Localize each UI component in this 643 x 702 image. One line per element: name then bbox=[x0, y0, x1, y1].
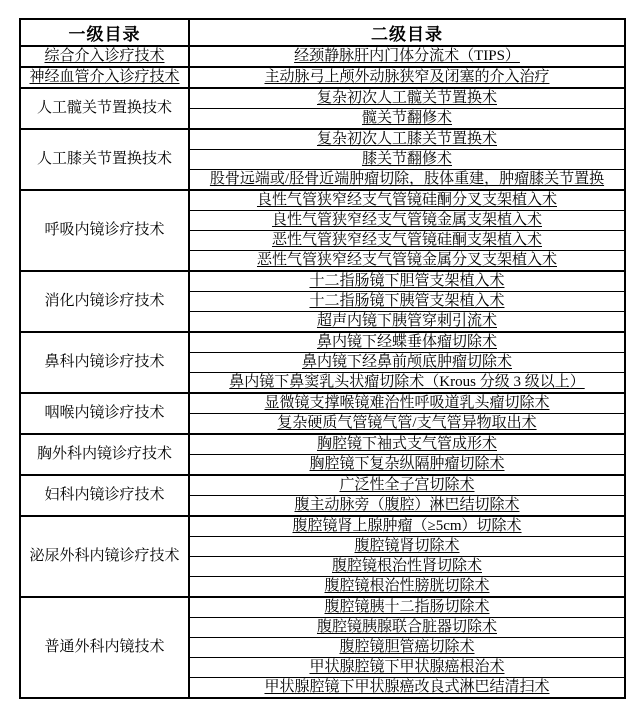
level1-label: 胸外科内镜诊疗技术 bbox=[37, 446, 172, 462]
level2-label: 鼻内镜下经鼻前颅底肿瘤切除术 bbox=[302, 354, 512, 370]
level2-label: 十二指肠镜下胆管支架植入术 bbox=[309, 273, 504, 289]
level2-cell: 腹腔镜根治性膀胱切除术 bbox=[189, 577, 625, 598]
level2-label: 腹腔镜肾切除术 bbox=[354, 538, 459, 554]
level2-label: 恶性气管狭窄经支气管镜金属分叉支架植入术 bbox=[257, 252, 557, 268]
level2-label: 腹主动脉旁（腹腔）淋巴结切除术 bbox=[294, 497, 519, 513]
level2-label: 经颈静脉肝内门体分流术（TIPS） bbox=[294, 48, 520, 64]
level1-label: 呼吸内镜诊疗技术 bbox=[44, 222, 164, 238]
level2-label: 腹腔镜胰十二指肠切除术 bbox=[324, 599, 489, 615]
table-row: 神经血管介入诊疗技术主动脉弓上颅外动脉狭窄及闭塞的介入治疗 bbox=[20, 67, 625, 88]
level2-cell: 良性气管狭窄经支气管镜金属支架植入术 bbox=[189, 211, 625, 231]
level2-label: 主动脉弓上颅外动脉狭窄及闭塞的介入治疗 bbox=[264, 69, 549, 85]
table-row: 普通外科内镜技术腹腔镜胰十二指肠切除术 bbox=[20, 597, 625, 618]
level2-cell: 鼻内镜下鼻窦乳头状瘤切除术（Krous 分级 3 级以上） bbox=[189, 373, 625, 394]
level2-label: 腹腔镜胆管癌切除术 bbox=[339, 639, 474, 655]
level2-label: 十二指肠镜下胰管支架植入术 bbox=[309, 293, 504, 309]
table-body: 综合介入诊疗技术经颈静脉肝内门体分流术（TIPS）神经血管介入诊疗技术主动脉弓上… bbox=[20, 46, 625, 698]
level2-cell: 腹主动脉旁（腹腔）淋巴结切除术 bbox=[189, 496, 625, 517]
level2-label: 腹腔镜根治性肾切除术 bbox=[332, 558, 482, 574]
level2-label: 腹腔镜根治性膀胱切除术 bbox=[324, 578, 489, 594]
level2-label: 复杂初次人工髋关节置换术 bbox=[317, 90, 497, 106]
column-header-level1: 一级目录 bbox=[20, 19, 189, 46]
level2-label: 广泛性全子宫切除术 bbox=[339, 477, 474, 493]
level2-label: 胸腔镜下复杂纵隔肿瘤切除术 bbox=[309, 456, 504, 472]
level2-label: 甲状腺腔镜下甲状腺癌根治术 bbox=[309, 659, 504, 675]
level1-cell: 综合介入诊疗技术 bbox=[20, 46, 189, 67]
level1-cell: 人工膝关节置换技术 bbox=[20, 129, 189, 190]
level2-cell: 复杂初次人工髋关节置换术 bbox=[189, 88, 625, 109]
level2-cell: 恶性气管狭窄经支气管镜硅酮支架植入术 bbox=[189, 231, 625, 251]
table-row: 呼吸内镜诊疗技术良性气管狭窄经支气管镜硅酮分叉支架植入术 bbox=[20, 190, 625, 211]
level2-cell: 腹腔镜胰十二指肠切除术 bbox=[189, 597, 625, 618]
table-header: 一级目录 二级目录 bbox=[20, 19, 625, 46]
level2-label: 腹腔镜肾上腺肿瘤（≥5cm）切除术 bbox=[292, 518, 521, 534]
level2-label: 股骨远端或/胫骨近端肿瘤切除，肢体重建，肿瘤膝关节置换 bbox=[210, 171, 604, 187]
table-row: 人工膝关节置换技术复杂初次人工膝关节置换术 bbox=[20, 129, 625, 150]
level1-cell: 妇科内镜诊疗技术 bbox=[20, 475, 189, 516]
level1-label: 人工髋关节置换技术 bbox=[37, 100, 172, 116]
table-row: 泌尿外科内镜诊疗技术腹腔镜肾上腺肿瘤（≥5cm）切除术 bbox=[20, 516, 625, 537]
level2-label: 髋关节翻修术 bbox=[362, 110, 452, 126]
level2-cell: 十二指肠镜下胆管支架植入术 bbox=[189, 271, 625, 292]
table-row: 消化内镜诊疗技术十二指肠镜下胆管支架植入术 bbox=[20, 271, 625, 292]
level2-cell: 腹腔镜胰腺联合脏器切除术 bbox=[189, 618, 625, 638]
level1-cell: 普通外科内镜技术 bbox=[20, 597, 189, 698]
level1-cell: 胸外科内镜诊疗技术 bbox=[20, 434, 189, 475]
level2-label: 良性气管狭窄经支气管镜硅酮分叉支架植入术 bbox=[257, 192, 557, 208]
level1-cell: 消化内镜诊疗技术 bbox=[20, 271, 189, 332]
level1-cell: 鼻科内镜诊疗技术 bbox=[20, 332, 189, 393]
level1-cell: 人工髋关节置换技术 bbox=[20, 88, 189, 129]
level1-label: 鼻科内镜诊疗技术 bbox=[44, 354, 164, 370]
level2-cell: 甲状腺腔镜下甲状腺癌根治术 bbox=[189, 658, 625, 678]
level2-label: 鼻内镜下经蝶垂体瘤切除术 bbox=[317, 334, 497, 350]
level2-cell: 甲状腺腔镜下甲状腺癌改良式淋巴结清扫术 bbox=[189, 678, 625, 699]
level1-label: 咽喉内镜诊疗技术 bbox=[44, 405, 164, 421]
level1-cell: 咽喉内镜诊疗技术 bbox=[20, 393, 189, 434]
level2-label: 复杂硬质气管镜气管/支气管异物取出术 bbox=[277, 415, 536, 431]
level2-cell: 膝关节翻修术 bbox=[189, 150, 625, 170]
level2-label: 鼻内镜下鼻窦乳头状瘤切除术（Krous 分级 3 级以上） bbox=[229, 374, 584, 390]
level1-label: 神经血管介入诊疗技术 bbox=[29, 69, 179, 85]
level2-cell: 腹腔镜胆管癌切除术 bbox=[189, 638, 625, 658]
level1-cell: 呼吸内镜诊疗技术 bbox=[20, 190, 189, 271]
level1-cell: 泌尿外科内镜诊疗技术 bbox=[20, 516, 189, 597]
level1-label: 综合介入诊疗技术 bbox=[44, 48, 164, 64]
level1-label: 泌尿外科内镜诊疗技术 bbox=[29, 548, 179, 564]
level2-label: 超声内镜下胰管穿刺引流术 bbox=[317, 313, 497, 329]
level2-label: 膝关节翻修术 bbox=[362, 151, 452, 167]
level2-cell: 胸腔镜下复杂纵隔肿瘤切除术 bbox=[189, 455, 625, 476]
level2-cell: 腹腔镜肾切除术 bbox=[189, 537, 625, 557]
table-row: 妇科内镜诊疗技术广泛性全子宫切除术 bbox=[20, 475, 625, 496]
level2-cell: 广泛性全子宫切除术 bbox=[189, 475, 625, 496]
table-row: 胸外科内镜诊疗技术胸腔镜下袖式支气管成形术 bbox=[20, 434, 625, 455]
table-row: 人工髋关节置换技术复杂初次人工髋关节置换术 bbox=[20, 88, 625, 109]
level2-cell: 腹腔镜肾上腺肿瘤（≥5cm）切除术 bbox=[189, 516, 625, 537]
level2-cell: 主动脉弓上颅外动脉狭窄及闭塞的介入治疗 bbox=[189, 67, 625, 88]
catalog-table: 一级目录 二级目录 综合介入诊疗技术经颈静脉肝内门体分流术（TIPS）神经血管介… bbox=[19, 18, 626, 699]
header-row: 一级目录 二级目录 bbox=[20, 19, 625, 46]
level2-cell: 复杂初次人工膝关节置换术 bbox=[189, 129, 625, 150]
level2-cell: 鼻内镜下经蝶垂体瘤切除术 bbox=[189, 332, 625, 353]
level2-label: 甲状腺腔镜下甲状腺癌改良式淋巴结清扫术 bbox=[264, 679, 549, 695]
level2-cell: 腹腔镜根治性肾切除术 bbox=[189, 557, 625, 577]
table-row: 咽喉内镜诊疗技术显微镜支撑喉镜难治性呼吸道乳头瘤切除术 bbox=[20, 393, 625, 414]
level2-cell: 复杂硬质气管镜气管/支气管异物取出术 bbox=[189, 414, 625, 435]
level2-label: 胸腔镜下袖式支气管成形术 bbox=[317, 436, 497, 452]
level2-cell: 良性气管狭窄经支气管镜硅酮分叉支架植入术 bbox=[189, 190, 625, 211]
level1-label: 妇科内镜诊疗技术 bbox=[44, 487, 164, 503]
level2-label: 恶性气管狭窄经支气管镜硅酮支架植入术 bbox=[272, 232, 542, 248]
level2-cell: 髋关节翻修术 bbox=[189, 109, 625, 130]
table-row: 综合介入诊疗技术经颈静脉肝内门体分流术（TIPS） bbox=[20, 46, 625, 67]
table-row: 鼻科内镜诊疗技术鼻内镜下经蝶垂体瘤切除术 bbox=[20, 332, 625, 353]
level1-label: 人工膝关节置换技术 bbox=[37, 151, 172, 167]
level1-cell: 神经血管介入诊疗技术 bbox=[20, 67, 189, 88]
level2-cell: 显微镜支撑喉镜难治性呼吸道乳头瘤切除术 bbox=[189, 393, 625, 414]
level2-label: 腹腔镜胰腺联合脏器切除术 bbox=[317, 619, 497, 635]
level2-cell: 鼻内镜下经鼻前颅底肿瘤切除术 bbox=[189, 353, 625, 373]
level2-label: 复杂初次人工膝关节置换术 bbox=[317, 131, 497, 147]
level2-cell: 十二指肠镜下胰管支架植入术 bbox=[189, 292, 625, 312]
level2-label: 良性气管狭窄经支气管镜金属支架植入术 bbox=[272, 212, 542, 228]
level2-cell: 超声内镜下胰管穿刺引流术 bbox=[189, 312, 625, 333]
level2-label: 显微镜支撑喉镜难治性呼吸道乳头瘤切除术 bbox=[264, 395, 549, 411]
level2-cell: 恶性气管狭窄经支气管镜金属分叉支架植入术 bbox=[189, 251, 625, 272]
level2-cell: 股骨远端或/胫骨近端肿瘤切除，肢体重建，肿瘤膝关节置换 bbox=[189, 170, 625, 191]
level2-cell: 经颈静脉肝内门体分流术（TIPS） bbox=[189, 46, 625, 67]
column-header-level2: 二级目录 bbox=[189, 19, 625, 46]
level2-cell: 胸腔镜下袖式支气管成形术 bbox=[189, 434, 625, 455]
level1-label: 普通外科内镜技术 bbox=[44, 639, 164, 655]
level1-label: 消化内镜诊疗技术 bbox=[44, 293, 164, 309]
